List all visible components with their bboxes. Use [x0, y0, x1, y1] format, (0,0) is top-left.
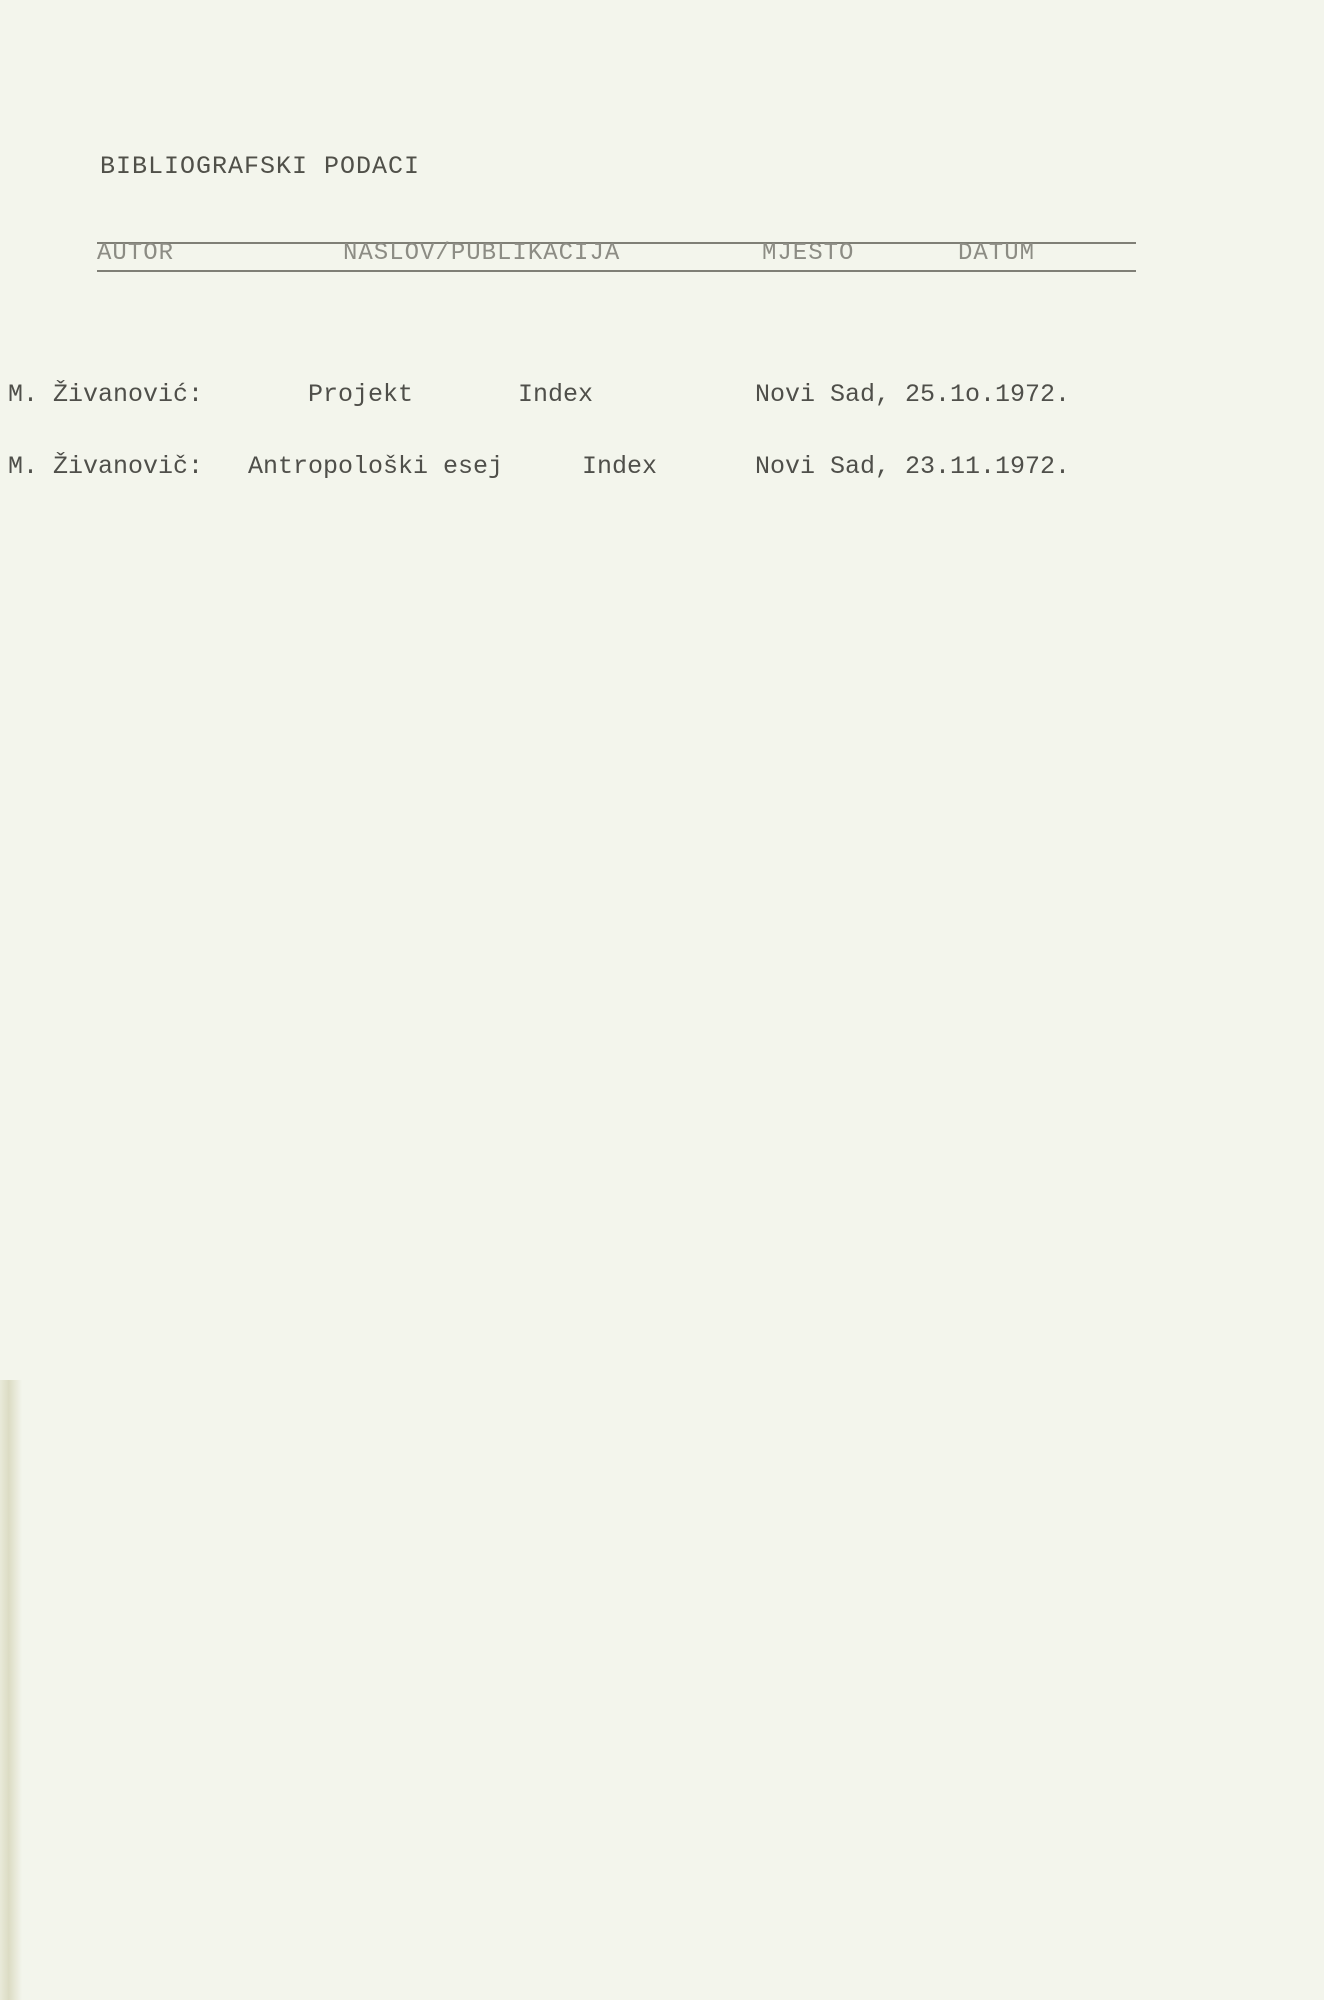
column-header-title: NASLOV/PUBLIKACIJA — [343, 240, 620, 267]
row-place-date: Novi Sad, 25.1o.1972. — [755, 380, 1070, 409]
document-title: BIBLIOGRAFSKI PODACI — [100, 152, 420, 181]
column-header-place: MJESTO — [762, 240, 854, 267]
column-header-date: DATUM — [958, 240, 1035, 267]
row-title: Antropološki esej — [248, 452, 503, 481]
row-publication: Index — [518, 380, 593, 409]
row-author: M. Živanovič: — [8, 452, 203, 481]
row-title: Projekt — [308, 380, 413, 409]
row-place-date: Novi Sad, 23.11.1972. — [755, 452, 1070, 481]
row-publication: Index — [582, 452, 657, 481]
column-header-author: AUTOR — [97, 240, 174, 267]
header-bottom-rule — [97, 270, 1136, 272]
row-author: M. Živanović: — [8, 380, 203, 409]
page-edge-shadow — [0, 1380, 22, 2000]
